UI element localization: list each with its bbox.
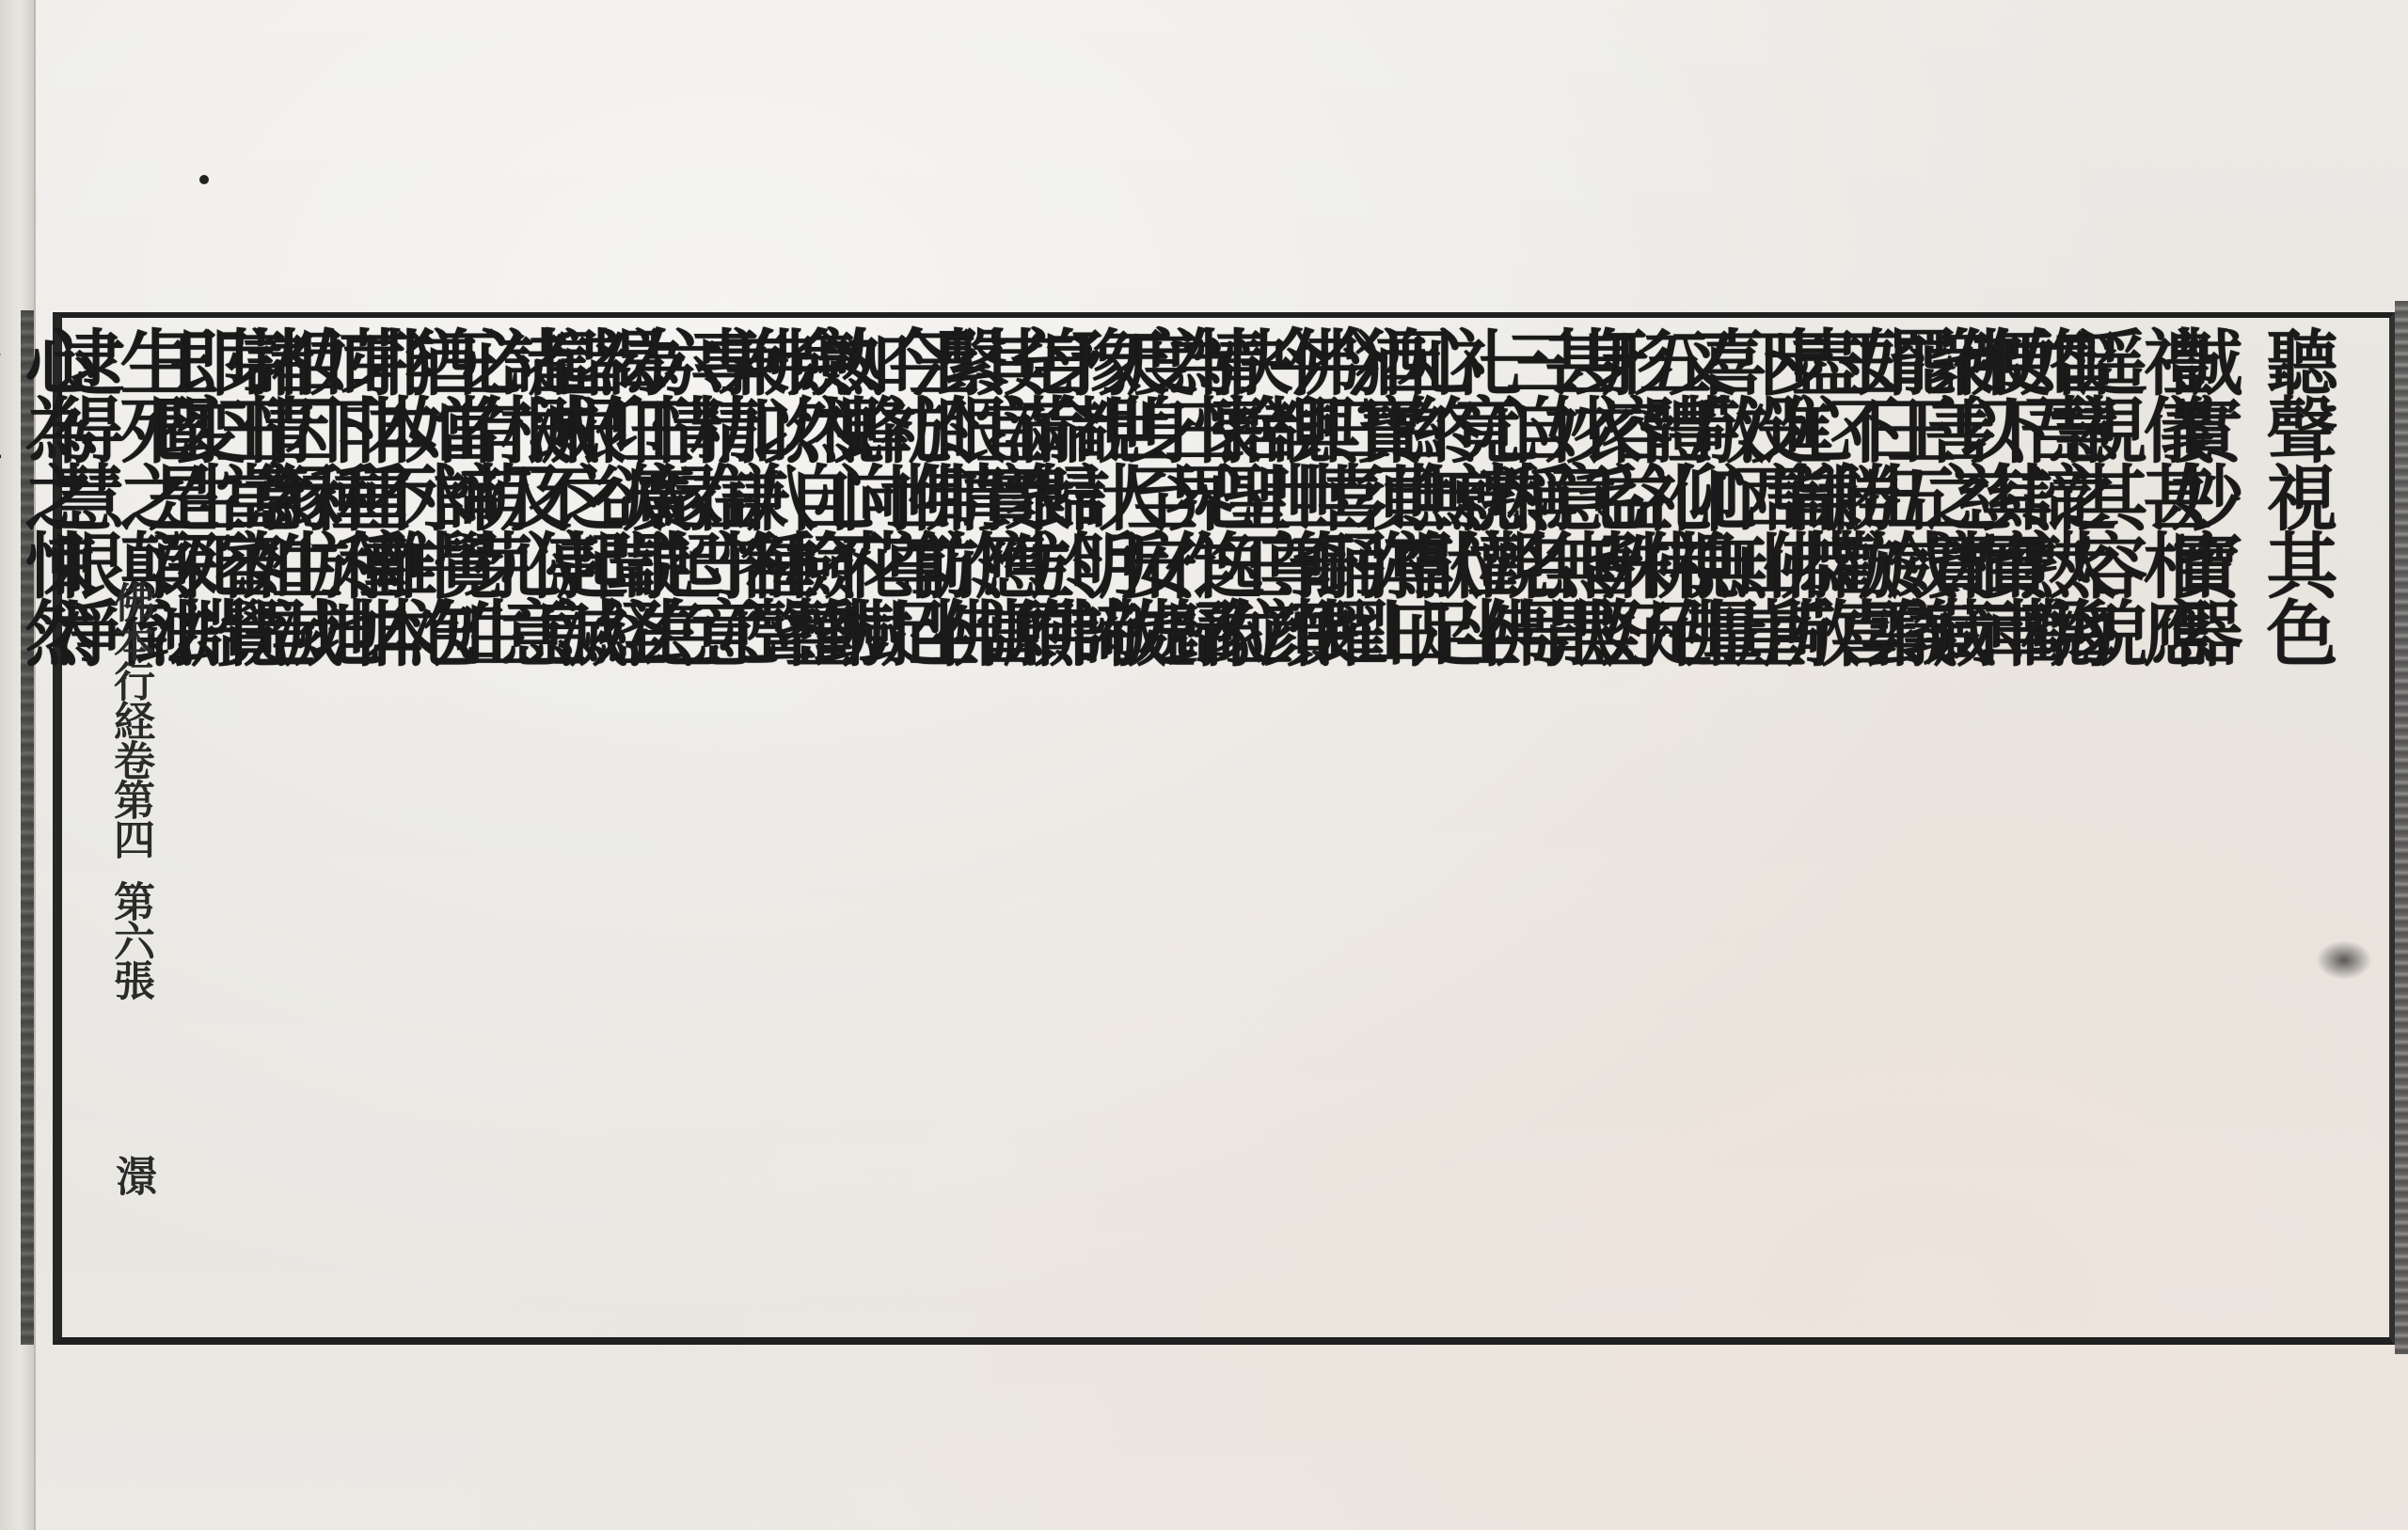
text-columns: 聽聲視其色 禮儀甚相應 如吾諦熟觀 誠實妙寶器 智慧之大海 衆善之寶藏 遥視其容… [159,325,2344,1332]
verse-phrase: 心為之悚然 [8,325,103,1332]
verse-phrase: 甚妙意無猒 [1528,325,1623,1332]
verse-phrase: 猶寶須弥山 [1338,325,1433,1332]
verse-phrase: 猶如水中泡 [388,325,483,1332]
page-number-label: 第六張 [106,880,154,999]
verse-phrase: 芽王當審覺 [198,325,293,1332]
verse-phrase: 侍從万二千 [0,325,8,1332]
verse-phrase: 僉然自檢整 [768,325,863,1332]
verse-phrase: 其宜實應當 [958,325,1053,1332]
verse-phrase: 諸根及心意 [483,325,578,1332]
verse-phrase: 王不勝歡喜 [1813,325,1908,1332]
verse-phrase: 如下種於地 [293,325,388,1332]
verse-phrase: 專精在守意 [673,325,768,1332]
verse-phrase: 下没西山崖 [1718,325,1813,1332]
verse-phrase: 豫覩計明諦 [1053,325,1148,1332]
sutra-volume-title: 佛本行経卷第四 [106,581,154,858]
verse-phrase: 禮儀甚相應 [2126,325,2221,1332]
verse-phrase: 五體礼佛足 [1623,325,1718,1332]
verse-phrase: 今礼世尊足 [863,325,958,1332]
verse-phrase: 為三界作歸 [1148,325,1243,1332]
verse-phrase: 如吾諦熟觀 [2003,325,2098,1332]
sutra-title-margin-label: 佛本行経卷第四第六張 [102,581,158,999]
right-page-edge [2395,301,2408,1354]
verse-phrase: 礼竟就位坐 [1433,325,1528,1332]
verse-phrase: 衆善之寶藏 [1908,325,2003,1332]
verse-phrase: 渴仰欲聞経 [578,325,673,1332]
carver-mark: 澋 [102,1155,162,1196]
text-frame: 聽聲視其色 禮儀甚相應 如吾諦熟觀 誠實妙寶器 智慧之大海 衆善之寶藏 遥視其容… [53,312,2395,1345]
ink-speck [199,175,209,184]
verse-phrase: 今覩世尊顔 [1243,325,1338,1332]
verse-phrase: 聽聲視其色 [2249,325,2344,1332]
ink-blot [2316,940,2372,980]
text-column-1: 聽聲視其色 禮儀甚相應 如吾諦熟觀 [2249,325,2344,1332]
